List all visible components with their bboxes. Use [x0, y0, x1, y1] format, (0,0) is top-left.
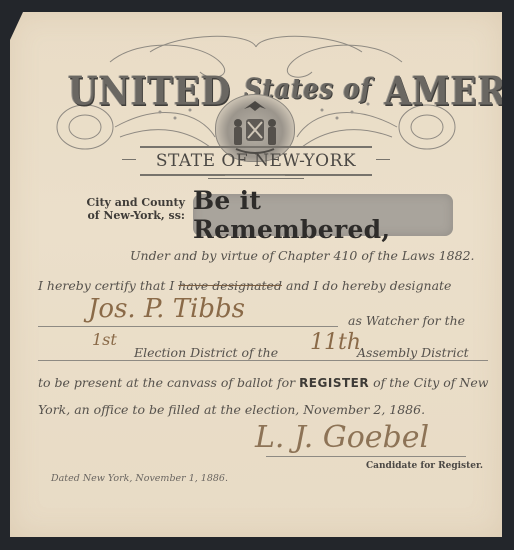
designee-name-handwritten: Jos. P. Tibbs: [88, 294, 245, 324]
assembly-district-text: Assembly District: [357, 345, 469, 360]
election-district-number-handwritten: 1st: [92, 330, 117, 349]
election-date-line: York, an office to be filled at the elec…: [38, 402, 425, 417]
be-it-remembered-banner: Be it Remembered,: [193, 194, 453, 236]
statute-line: Under and by virtue of Chapter 410 of th…: [130, 248, 475, 263]
signature-line: [266, 456, 466, 457]
signature-handwritten: L. J. Goebel: [255, 420, 429, 455]
canvass-line: to be present at the canvass of ballot f…: [38, 375, 488, 390]
decorative-rule: [208, 178, 304, 179]
district-underline: [38, 360, 488, 361]
struck-text: have designated: [178, 278, 282, 293]
signature-caption: Candidate for Register.: [366, 461, 483, 471]
decorative-rule: [225, 175, 285, 176]
designee-underline: [38, 326, 338, 327]
certify-line: I hereby certify that I have designated …: [38, 278, 451, 293]
jurisdiction-label: City and County of New-York, ss:: [65, 196, 185, 222]
certificate-paper: UNITED States of AMERICA STATE OF NEW-YO…: [10, 12, 502, 537]
title-united: UNITED: [68, 69, 231, 115]
designate-text: and I do hereby designate: [286, 278, 452, 293]
title-america: AMERICA: [385, 69, 514, 115]
state-banner: STATE OF NEW-YORK: [140, 146, 372, 176]
jurisdiction-line-2: of New-York, ss:: [65, 209, 185, 222]
election-district-text: Election District of the: [134, 345, 278, 360]
assembly-number-handwritten: 11th: [310, 330, 361, 355]
register-office: REGISTER: [299, 376, 369, 390]
engraved-heading: UNITED States of AMERICA STATE OF NEW-YO…: [10, 12, 502, 182]
jurisdiction-line-1: City and County: [65, 196, 185, 209]
city-text: of the City of New: [373, 375, 488, 390]
dated-line: Dated New York, November 1, 1886.: [51, 473, 228, 484]
certify-text: I hereby certify that I: [38, 278, 174, 293]
watcher-text: as Watcher for the: [348, 313, 465, 328]
canvass-text: to be present at the canvass of ballot f…: [38, 375, 295, 390]
